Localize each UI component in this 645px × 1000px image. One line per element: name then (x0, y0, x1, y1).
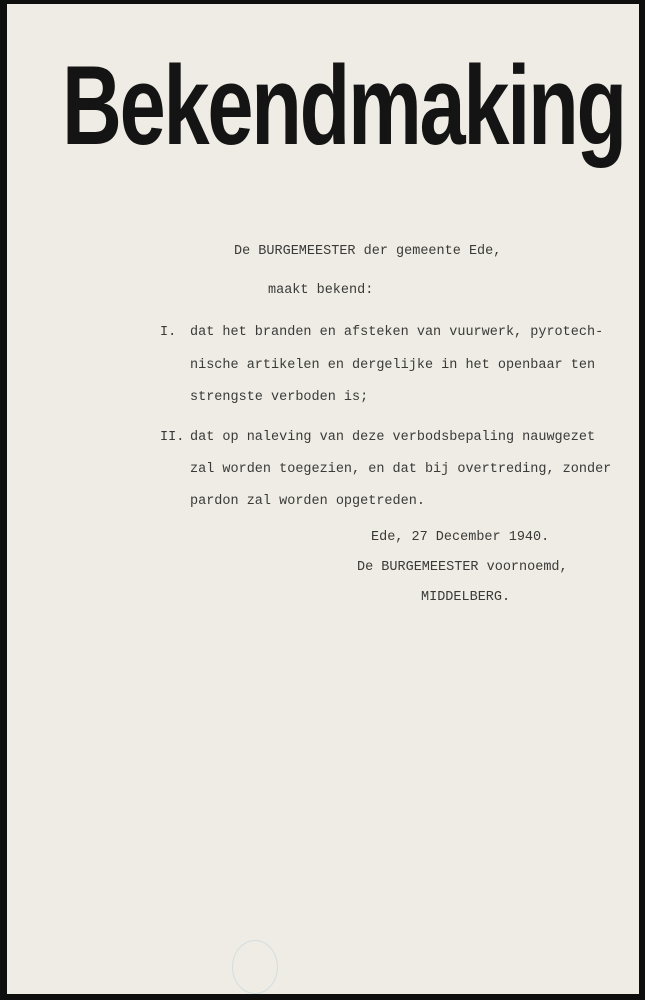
signature-role: De BURGEMEESTER voornoemd, (357, 560, 568, 575)
document-title: Bekendmaking (62, 36, 454, 176)
intro-line: maakt bekend: (268, 283, 373, 298)
item-line: zal worden toegezien, en dat bij overtre… (190, 462, 611, 477)
archive-stamp (232, 940, 278, 994)
intro-line: De BURGEMEESTER der gemeente Ede, (234, 244, 501, 259)
signature-name: MIDDELBERG. (421, 590, 510, 605)
item-numeral: I. (160, 325, 176, 340)
item-numeral: II. (160, 430, 184, 445)
item-line: strengste verboden is; (190, 390, 368, 405)
item-line: pardon zal worden opgetreden. (190, 494, 425, 509)
item-line: dat het branden en afsteken van vuurwerk… (190, 325, 603, 340)
place-date: Ede, 27 December 1940. (371, 530, 549, 545)
item-line: dat op naleving van deze verbodsbepaling… (190, 430, 595, 445)
item-line: nische artikelen en dergelijke in het op… (190, 358, 595, 373)
